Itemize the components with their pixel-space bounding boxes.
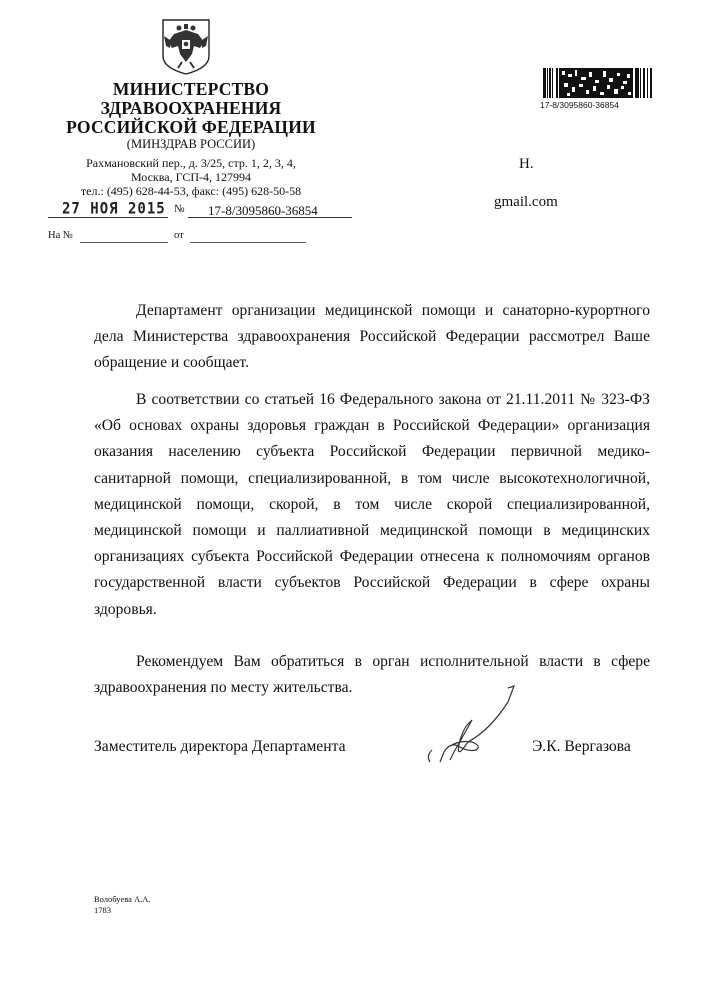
handwritten-signature-icon bbox=[410, 680, 520, 770]
body-paragraph: В соответствии со статьей 16 Федеральног… bbox=[94, 387, 650, 623]
recipient-email-fragment: gmail.com bbox=[494, 194, 558, 211]
registration-number: 17-8/3095860-36854 bbox=[208, 203, 318, 219]
date-stamp: 27 НОЯ 2015 bbox=[62, 200, 166, 218]
org-name-line: МИНИСТЕРСТВО bbox=[60, 80, 322, 99]
executor-name: Волобуева А.А. bbox=[94, 894, 151, 905]
org-name-line: ЗДРАВООХРАНЕНИЯ bbox=[60, 99, 322, 118]
barcode-number: 17-8/3095860-36854 bbox=[540, 100, 660, 110]
reply-reference-line: На № от bbox=[48, 230, 368, 246]
recipient-name-fragment: Н. bbox=[519, 156, 534, 173]
organization-name: МИНИСТЕРСТВО ЗДРАВООХРАНЕНИЯ РОССИЙСКОЙ … bbox=[60, 80, 322, 137]
organization-address: Рахмановский пер., д. 3/25, стр. 1, 2, 3… bbox=[60, 156, 322, 198]
body-paragraph: Рекомендуем Вам обратиться в орган испол… bbox=[94, 649, 650, 701]
address-line: тел.: (495) 628-44-53, факс: (495) 628-5… bbox=[60, 184, 322, 198]
na-label: На № bbox=[48, 230, 73, 241]
address-line: Рахмановский пер., д. 3/25, стр. 1, 2, 3… bbox=[60, 156, 322, 170]
barcode-icon bbox=[543, 68, 653, 98]
number-label: № bbox=[174, 203, 185, 215]
registration-line: 27 НОЯ 2015 № 17-8/3095860-36854 bbox=[48, 201, 368, 221]
signer-name: Э.К. Вергазова bbox=[532, 738, 631, 756]
organization-short-name: (МИНЗДРАВ РОССИИ) bbox=[60, 137, 322, 152]
ot-label: от bbox=[174, 230, 184, 241]
signer-title: Заместитель директора Департамента bbox=[94, 738, 346, 756]
org-name-line: РОССИЙСКОЙ ФЕДЕРАЦИИ bbox=[60, 118, 322, 137]
address-line: Москва, ГСП-4, 127994 bbox=[60, 170, 322, 184]
ot-underline bbox=[190, 230, 306, 243]
russian-coat-of-arms-icon bbox=[160, 18, 212, 76]
executor-phone: 1783 bbox=[94, 905, 151, 916]
body-paragraph: Департамент организации медицинской помо… bbox=[94, 298, 650, 377]
na-underline bbox=[80, 230, 168, 243]
executor-info: Волобуева А.А. 1783 bbox=[94, 894, 151, 916]
